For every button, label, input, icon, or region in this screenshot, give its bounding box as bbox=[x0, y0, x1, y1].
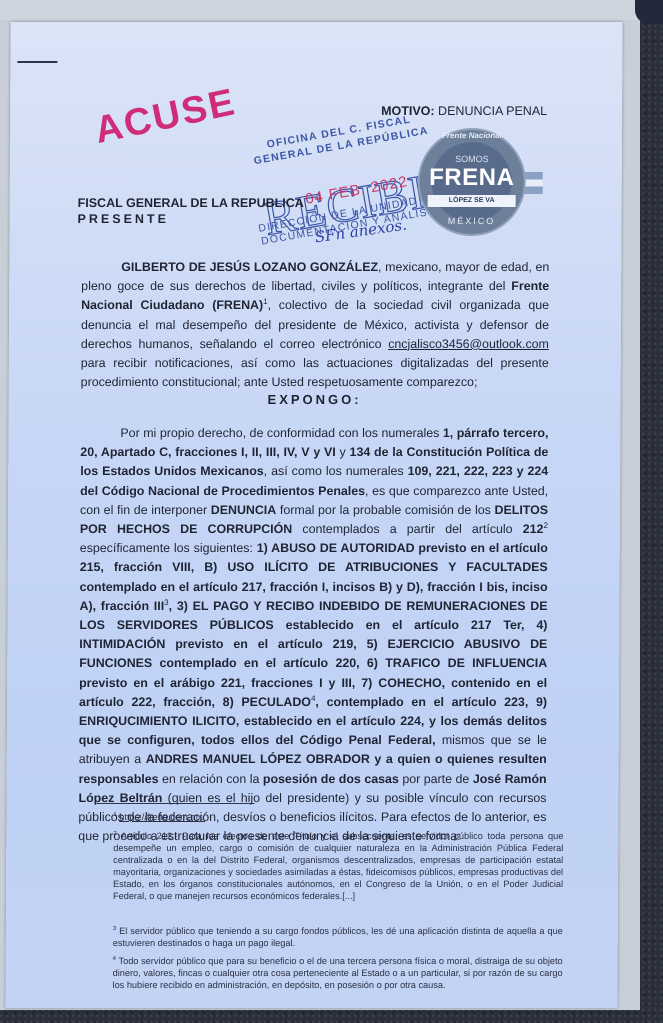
email-link[interactable]: cncjalisco3456@outlook.com bbox=[388, 337, 549, 351]
expongo-paragraph: Por mi propio derecho, de conformidad co… bbox=[78, 424, 548, 846]
bold-text: , 3) EL PAGO Y RECIBO INDEBIDO DE REMUNE… bbox=[79, 599, 548, 709]
margin-mark bbox=[17, 61, 57, 63]
text: contemplados a partir del artículo bbox=[292, 522, 523, 536]
text: en relación con la bbox=[158, 772, 262, 786]
text: formal por la probable comisión de los bbox=[276, 503, 494, 517]
frena-logo: Frente Nacional SOMOS FRENA LÓPEZ SE VA … bbox=[417, 128, 526, 236]
bold-text: DENUNCIA bbox=[211, 503, 276, 517]
intro-text-3: para recibir notificaciones, así como la… bbox=[81, 356, 549, 389]
bold-text: 212 bbox=[523, 522, 544, 536]
logo-name: FRENA bbox=[418, 164, 526, 192]
reception-stamp-office: OFICINA DEL C. FISCAL GENERAL DE LA REPÚ… bbox=[249, 110, 431, 169]
folder-edge bbox=[0, 0, 663, 20]
footnote-text: Todo servidor público que para su benefi… bbox=[113, 956, 563, 990]
footnote-number: 1 bbox=[113, 812, 116, 818]
text: por parte de bbox=[399, 772, 473, 786]
footnote-4: 4 Todo servidor público que para su bene… bbox=[113, 955, 563, 991]
footnote-divider bbox=[96, 803, 254, 804]
addressee-block: FISCAL GENERAL DE LA REPUBLICA PRESENTE bbox=[78, 195, 304, 227]
footnote-number: 4 bbox=[113, 956, 116, 962]
footnote-3: 3 El servidor público que teniendo a su … bbox=[113, 925, 563, 949]
text: y bbox=[336, 445, 350, 459]
motivo-value: DENUNCIA PENAL bbox=[438, 104, 547, 118]
logo-arc-text: Frente Nacional bbox=[418, 131, 526, 140]
footnote-number: 2 bbox=[113, 831, 116, 837]
addressee-name: FISCAL GENERAL DE LA REPUBLICA bbox=[78, 195, 304, 211]
background-surface bbox=[635, 0, 663, 24]
footnote-1: 1 https://frena.com.mx/ bbox=[113, 811, 563, 823]
text: Por mi propio derecho, de conformidad co… bbox=[120, 426, 443, 440]
logo-country: MÉXICO bbox=[418, 216, 526, 226]
text: específicamente los siguientes: bbox=[80, 541, 257, 555]
logo-somos: SOMOS bbox=[418, 154, 526, 164]
presente-label: PRESENTE bbox=[78, 211, 304, 227]
footnote-2: 2 Artículo 212.- Para los efectos de est… bbox=[113, 830, 563, 902]
footnote-link[interactable]: https://frena.com.mx/ bbox=[119, 812, 205, 822]
footnote-text: El servidor público que teniendo a su ca… bbox=[113, 926, 563, 948]
footnote-number: 3 bbox=[113, 926, 116, 932]
acuse-stamp: ACUSE bbox=[91, 81, 240, 153]
intro-paragraph: GILBERTO DE JESÚS LOZANO GONZÁLEZ, mexic… bbox=[81, 258, 550, 392]
footnote-text: Artículo 212.- Para los efectos de este … bbox=[113, 831, 563, 901]
text: , así como los numerales bbox=[264, 464, 408, 478]
document-page: ACUSE MOTIVO: DENUNCIA PENAL OFICINA DEL… bbox=[5, 22, 622, 1008]
bold-text: posesión de dos casas bbox=[263, 772, 399, 786]
logo-band: LÓPEZ SE VA bbox=[428, 195, 516, 207]
section-title: EXPONGO: bbox=[81, 392, 549, 407]
complainant-name: GILBERTO DE JESÚS LOZANO GONZÁLEZ bbox=[121, 260, 378, 274]
footnote-ref-2[interactable]: 2 bbox=[543, 521, 548, 530]
